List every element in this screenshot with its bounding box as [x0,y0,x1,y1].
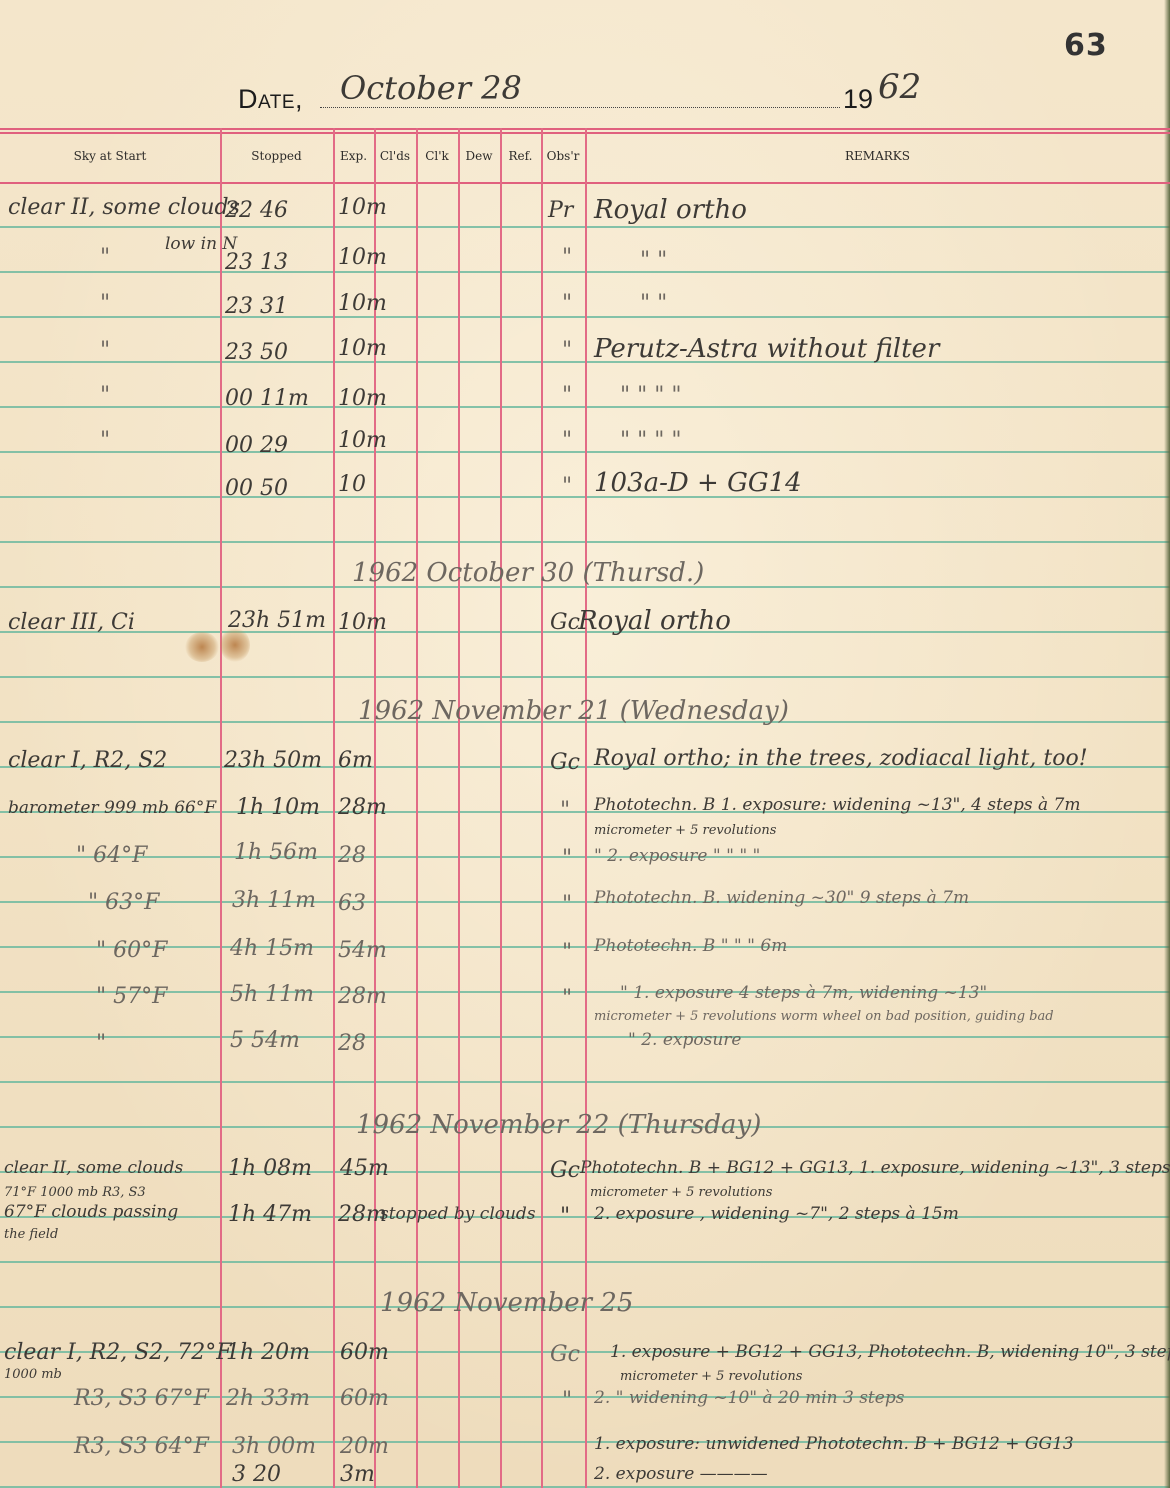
exposure: 63 [338,893,366,915]
exposure: 20m [340,1436,389,1458]
sky-note: 71°F 1000 mb R3, S3 [4,1186,146,1199]
sky-note: 1000 mb [4,1368,62,1381]
observer: " [562,247,572,269]
exposure: 45m [340,1158,389,1180]
sky-entry: " 64°F [76,845,147,867]
exposure: 28m [338,797,387,819]
remarks: " " [640,293,667,315]
remarks: " " [640,250,667,272]
remarks: 1. exposure: unwidened Phototechn. B + B… [594,1436,1074,1453]
observer: " [562,848,572,870]
remarks: 2. " widening ~10" à 20 min 3 steps [594,1390,904,1407]
sky-entry: " [96,1033,106,1055]
remarks-note: micrometer + 5 revolutions worm wheel on… [594,1010,1054,1023]
observer: " [562,293,572,315]
stopped-time: 3h 00m [232,1436,316,1458]
stopped-time: 23 31 [225,296,288,318]
column-header-dew: Dew [458,149,500,163]
session-heading: 1962 October 30 (Thursd.) [352,560,704,586]
exposure: 10m [338,338,387,360]
sky-entry: " [100,293,110,315]
observer: Gc [550,1344,580,1366]
remarks: " 2. exposure [628,1032,741,1049]
exposure: 10m [338,293,387,315]
page-edge [1164,0,1170,1488]
sky-entry: " 57°F [96,986,167,1008]
remarks: " 1. exposure 4 steps à 7m, widening ~13… [620,985,987,1002]
sky-entry: clear III, Ci [8,612,135,634]
exposure: 10m [338,388,387,410]
remarks: 2. exposure ———— [594,1466,768,1483]
exposure: 6m [338,750,373,772]
stain [220,628,250,662]
column-header-stopped: Stopped [220,149,333,163]
year-suffix: 62 [878,70,921,104]
exposure: 60m [340,1342,389,1364]
stopped-time: 1h 47m [228,1204,312,1226]
observer: " [562,942,572,964]
exposure: 28m [338,986,387,1008]
sky-entry: " 63°F [88,892,159,914]
sky-note: the field [4,1228,58,1241]
remarks: 1. exposure + BG12 + GG13, Phototechn. B… [610,1344,1170,1361]
session-heading: 1962 November 21 (Wednesday) [358,698,789,724]
date-label: Date, [238,84,303,115]
stopped-time: 00 11m [225,388,309,410]
stopped-time: 23 50 [225,342,288,364]
stopped-time: 00 50 [225,478,288,500]
column-divider [416,128,418,1488]
column-divider [458,128,460,1488]
column-header-sky: Sky at Start [0,149,220,163]
page-number: 63 [1064,28,1108,63]
sky-entry: clear I, R2, S2, 72°F [4,1342,232,1364]
sky-entry: clear I, R2, S2 [8,750,167,772]
stopped-time: 1h 08m [228,1158,312,1180]
remarks-note: micrometer + 5 revolutions [594,824,776,837]
remarks: Phototechn. B. widening ~30" 9 steps à 7… [594,890,969,907]
sky-entry: clear II, some clouds [4,1160,183,1177]
observer: " [562,385,572,407]
column-divider [333,128,335,1488]
observer: Gc [550,612,580,634]
remarks: 2. exposure , widening ~7", 2 steps à 15… [594,1206,959,1223]
stain [185,632,219,662]
stopped-time: 4h 15m [230,938,314,960]
sky-entry: R3, S3 64°F [74,1436,209,1458]
column-divider [585,128,587,1488]
exposure: 28 [338,1033,366,1055]
sky-entry: " [100,340,110,362]
column-divider [541,128,543,1488]
observer: " [560,1206,570,1228]
date-dotted-line [320,107,840,108]
stopped-time: 3h 11m [232,890,316,912]
remarks: " " " " [620,430,681,452]
date-value: October 28 [340,72,522,104]
stopped-time: 23 13 [225,252,288,274]
remarks: Phototechn. B 1. exposure: widening ~13"… [594,797,1080,814]
observer: " [562,430,572,452]
session-heading: 1962 November 22 (Thursday) [356,1112,761,1138]
stopped-time: 23h 51m [228,610,326,632]
remarks: Royal ortho; in the trees, zodiacal ligh… [594,748,1088,770]
stopped-time: 1h 56m [234,842,318,864]
sky-entry: " [100,247,110,269]
exposure: 54m [338,940,387,962]
sky-entry: R3, S3 67°F [74,1388,209,1410]
exposure: 60m [340,1388,389,1410]
observer: Pr [548,200,573,222]
stopped-time: 3 20 [232,1464,281,1486]
stopped-time: 5h 11m [230,984,314,1006]
remarks: Phototechn. B " " " 6m [594,938,787,955]
remarks: " 2. exposure " " " " [594,848,760,865]
observer: " [562,340,572,362]
sky-entry: barometer 999 mb 66°F [8,800,216,817]
remarks-note: micrometer + 5 revolutions [620,1370,802,1383]
stopped-time: 22 46 [225,200,288,222]
session-heading: 1962 November 25 [380,1290,633,1316]
exposure: 3m [340,1464,375,1486]
sky-entry: " [100,430,110,452]
stopped-time: 1h 20m [226,1342,310,1364]
sky-entry: clear II, some clouds [8,197,240,219]
exposure: 10 [338,474,366,496]
column-header-clock: Cl'k [416,149,458,163]
remarks: " " " " [620,385,681,407]
column-header-clouds: Cl'ds [374,149,416,163]
column-header-exp: Exp. [333,149,374,163]
stopped-time: 23h 50m [224,750,322,772]
stopped-time: 1h 10m [236,797,320,819]
column-divider [220,128,222,1488]
column-header-remarks: REMARKS [585,149,1170,163]
stopped-time: 00 29 [225,435,288,457]
sky-entry: 67°F clouds passing [4,1204,178,1221]
exposure: 28 [338,845,366,867]
year-prefix: 19 [843,84,873,115]
exposure: 10m [338,430,387,452]
logbook-page: 63 Date, October 28 19 62 Sky at Start S… [0,0,1170,1488]
remarks: Royal ortho [594,197,747,223]
observer: " [562,988,572,1010]
remarks: 103a-D + GG14 [594,470,802,496]
sky-entry: " [100,385,110,407]
exposure: 10m [338,612,387,634]
remarks-note: micrometer + 5 revolutions [590,1186,772,1199]
observer: " [562,894,572,916]
column-divider [500,128,502,1488]
exposure: 10m [338,247,387,269]
remarks: Phototechn. B + BG12 + GG13, 1. exposure… [580,1160,1170,1177]
clouds-note: stopped by clouds [380,1206,536,1223]
observer: " [562,1390,572,1412]
remarks: Perutz-Astra without filter [594,336,939,362]
sky-entry: " 60°F [96,940,167,962]
observer: Gc [550,752,580,774]
remarks: Royal ortho [578,608,731,634]
observer: " [562,476,572,498]
observer: " [560,800,570,822]
stopped-time: 2h 33m [226,1388,310,1410]
exposure: 10m [338,197,387,219]
column-header-observer: Obs'r [541,149,585,163]
stopped-time: 5 54m [230,1030,300,1052]
column-header-ref: Ref. [500,149,541,163]
observer: Gc [550,1160,580,1182]
